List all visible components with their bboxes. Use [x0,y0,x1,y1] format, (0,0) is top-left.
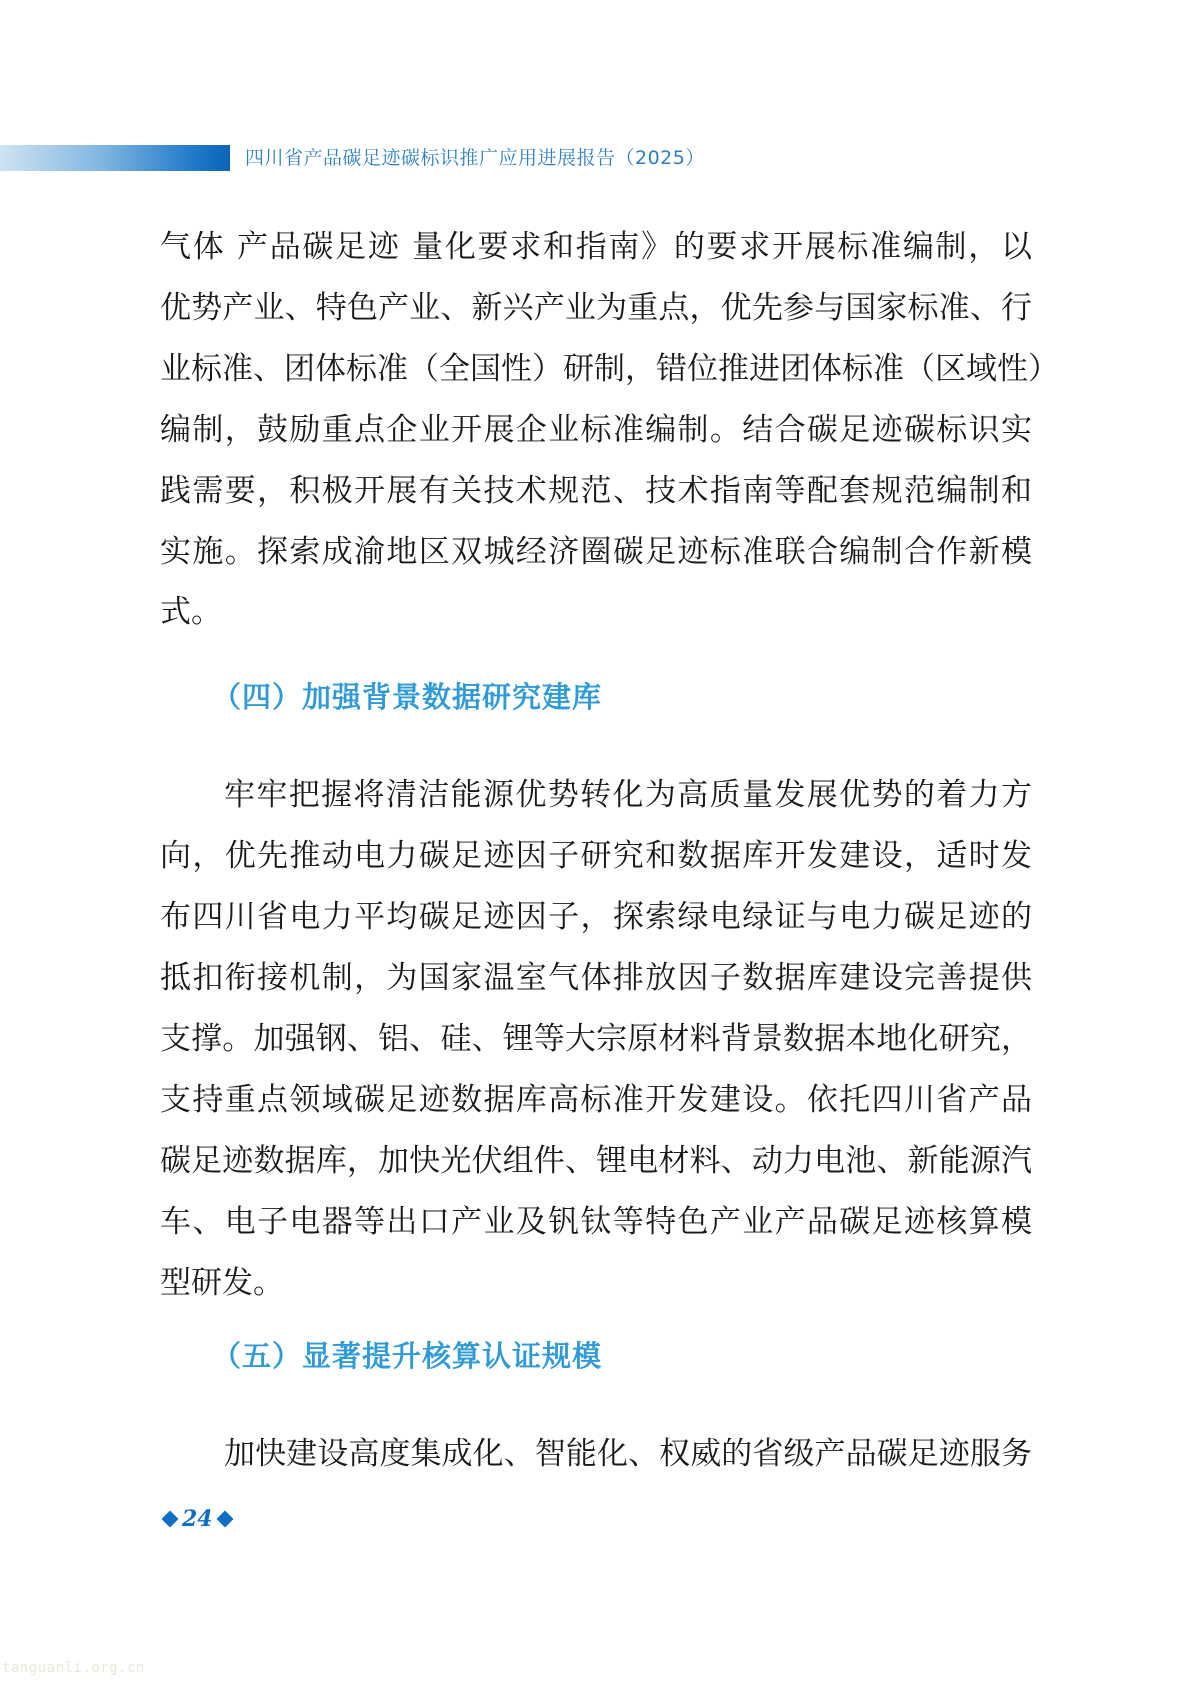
text-line: 车、电子电器等出口产业及钒钛等特色产业产品碳足迹核算模 [160,1202,1032,1242]
header-gradient-bar [0,145,230,171]
running-header-title: 四川省产品碳足迹碳标识推广应用进展报告（2025） [245,143,705,173]
section-heading-5: （五）显著提升核算认证规模 [212,1336,602,1376]
section-heading-4: （四）加强背景数据研究建库 [212,677,602,717]
text-line: 布四川省电力平均碳足迹因子，探索绿电绿证与电力碳足迹的 [160,897,1032,937]
text-line: 牢牢把握将清洁能源优势转化为高质量发展优势的着力方 [224,775,1032,815]
diamond-right-icon [216,1511,233,1528]
page-number: 24 [160,1506,235,1532]
text-line: 抵扣衔接机制，为国家温室气体排放因子数据库建设完善提供 [160,958,1032,998]
text-line: 支撑。加强钢、铝、硅、锂等大宗原材料背景数据本地化研究， [160,1019,1032,1059]
text-line: 编制，鼓励重点企业开展企业标准编制。结合碳足迹碳标识实 [160,410,1032,450]
text-line: 气体 产品碳足迹 量化要求和指南》的要求开展标准编制，以 [160,227,1032,267]
page-number-text: 24 [182,1506,213,1532]
text-line: 加快建设高度集成化、智能化、权威的省级产品碳足迹服务 [224,1434,1032,1474]
text-line: 践需要，积极开展有关技术规范、技术指南等配套规范编制和 [160,471,1032,511]
text-line: 向，优先推动电力碳足迹因子研究和数据库开发建设，适时发 [160,836,1032,876]
watermark: tanguanli.org.cn [2,1660,145,1676]
text-line: 实施。探索成渝地区双城经济圈碳足迹标准联合编制合作新模 [160,532,1032,572]
text-line: 业标准、团体标准（全国性）研制，错位推进团体标准（区域性） [160,349,1032,389]
text-line: 碳足迹数据库，加快光伏组件、锂电材料、动力电池、新能源汽 [160,1141,1032,1181]
diamond-left-icon [162,1511,179,1528]
text-line: 式。 [160,592,1032,632]
text-line: 型研发。 [160,1263,1032,1303]
text-line: 优势产业、特色产业、新兴产业为重点，优先参与国家标准、行 [160,288,1032,328]
text-line: 支持重点领域碳足迹数据库高标准开发建设。依托四川省产品 [160,1080,1032,1120]
